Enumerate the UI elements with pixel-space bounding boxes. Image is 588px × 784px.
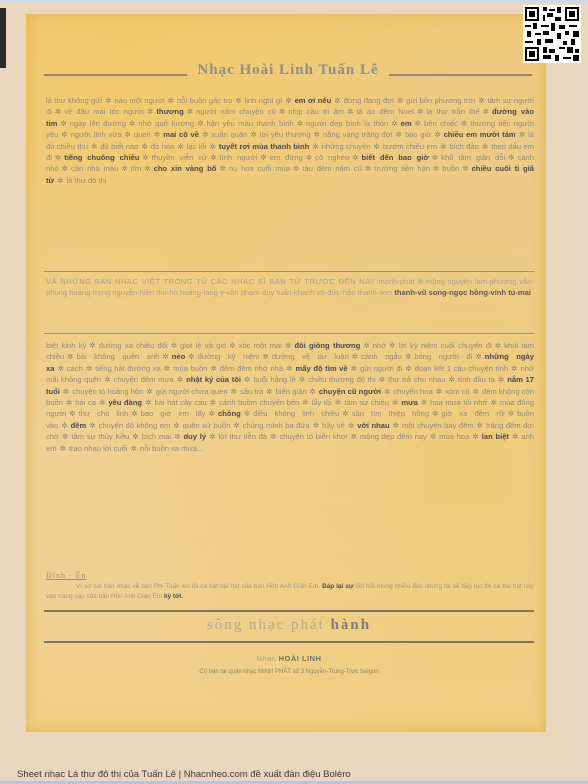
artist-name: tuấn-khanh	[277, 288, 317, 297]
song-title: nhật ký của tôi	[186, 375, 241, 384]
song-title: hãy về	[322, 421, 345, 430]
artist-name: mạnh-phát	[378, 277, 417, 286]
artist-name: nguyễn-hiền	[112, 288, 156, 297]
song-title: bao giờ	[405, 130, 431, 139]
star-separator-icon: ✲	[285, 341, 291, 350]
star-separator-icon: ✲	[475, 352, 481, 361]
star-separator-icon: ✲	[473, 387, 479, 396]
star-separator-icon: ✲	[519, 130, 525, 139]
song-title: chiều em mười tám	[444, 130, 516, 139]
star-separator-icon: ✲	[89, 421, 95, 430]
star-separator-icon: ✲	[233, 421, 239, 430]
star-separator-icon: ✲	[86, 364, 92, 373]
star-separator-icon: ✲	[55, 107, 61, 116]
star-separator-icon: ✲	[262, 352, 268, 361]
song-title: mấy độ tìm về	[296, 364, 348, 373]
star-separator-icon: ✲	[352, 352, 358, 361]
image-caption: Sheet nhạc Lá thư đô thị của Tuấn Lê | N…	[17, 769, 351, 780]
star-separator-icon: ✲	[260, 153, 266, 162]
star-separator-icon: ✲	[472, 432, 478, 441]
star-separator-icon: ✲	[396, 130, 402, 139]
star-separator-icon: ✲	[347, 107, 353, 116]
star-separator-icon: ✲	[310, 387, 316, 396]
star-separator-icon: ✲	[482, 142, 488, 151]
star-separator-icon: ✲	[171, 341, 177, 350]
song-title: khổ tâm giận dỗi	[441, 153, 505, 162]
song-title: sầu trả	[240, 387, 263, 396]
song-title: lá thư đô thị	[66, 176, 106, 185]
star-separator-icon: ✲	[145, 398, 151, 407]
star-separator-icon: ✲	[188, 352, 194, 361]
notice-heading: Đính - Ên	[46, 571, 87, 580]
star-separator-icon: ✲	[462, 164, 468, 173]
star-separator-icon: ✲	[490, 398, 496, 407]
song-title: bao giờ em lấy	[141, 409, 206, 418]
star-separator-icon: ✲	[209, 409, 215, 418]
star-separator-icon: ✲	[62, 164, 68, 173]
star-separator-icon: ✲	[405, 352, 411, 361]
artist-name: tú-mai	[508, 288, 531, 297]
song-title: bài hát cây cau	[154, 398, 206, 407]
star-separator-icon: ✲	[177, 142, 183, 151]
song-list-1: lá thư không gửi✲nào một người✲nỗi buồn …	[46, 95, 534, 186]
song-title: tiếng hát đường xa	[95, 364, 161, 373]
song-title: duy lý	[183, 432, 206, 441]
publisher-address: Có bán tại quán nhạc MINH PHÁT số 3 Nguy…	[44, 669, 534, 675]
song-title: lá thư trần thế	[426, 107, 479, 116]
song-title: dường về dư luận	[272, 352, 349, 361]
song-title: những chuyện	[322, 142, 371, 151]
star-separator-icon: ✲	[129, 119, 135, 128]
song-title: chồng	[218, 409, 241, 418]
star-separator-icon: ✲	[209, 142, 215, 151]
song-title: tà áo đêm Noel	[356, 107, 414, 116]
star-separator-icon: ✲	[293, 164, 299, 173]
star-separator-icon: ✲	[164, 364, 170, 373]
star-separator-icon: ✲	[461, 119, 467, 128]
song-title: gửi bốn phương trời	[406, 96, 475, 105]
song-title: tâm sự chiều	[344, 398, 389, 407]
song-title: nào một người	[114, 96, 164, 105]
star-separator-icon: ✲	[498, 375, 504, 384]
song-title: đừng đang đợi	[344, 96, 394, 105]
star-separator-icon: ✲	[174, 432, 180, 441]
artist-name: y-vân	[220, 288, 241, 297]
star-separator-icon: ✲	[60, 119, 66, 128]
song-title: lá thư không gửi	[46, 96, 102, 105]
star-separator-icon: ✲	[244, 375, 250, 384]
song-title: biển giận	[276, 387, 307, 396]
song-title: chuyến hoa	[393, 387, 432, 396]
song-title: cánh buồm chuyến bến	[219, 398, 299, 407]
artist-name: thanh-sơn	[358, 288, 395, 297]
star-separator-icon: ✲	[63, 387, 69, 396]
star-separator-icon: ✲	[433, 164, 439, 173]
star-separator-icon: ✲	[342, 409, 348, 418]
star-separator-icon: ✲	[436, 387, 442, 396]
star-separator-icon: ✲	[61, 130, 67, 139]
divider	[44, 74, 187, 76]
publisher-name: Nhạc HOÀI LINH	[44, 654, 534, 663]
song-title: nỗi buồn gác trọ	[177, 96, 232, 105]
song-title: người lính vừa	[71, 130, 122, 139]
song-title: lời kỳ niệm cuối chuyến đi	[399, 341, 492, 350]
song-title: em	[401, 119, 412, 128]
song-title: đò hoa	[151, 142, 175, 151]
artist-name: phạm-duy	[241, 288, 277, 297]
song-title: chiều thương đô thị	[308, 375, 375, 384]
star-separator-icon: ✲	[250, 130, 256, 139]
star-separator-icon: ✲	[229, 341, 235, 350]
star-separator-icon: ✲	[147, 107, 153, 116]
song-title: ngày lên đường	[70, 119, 126, 128]
song-title: thư trả cho nhau	[388, 375, 445, 384]
divider	[44, 333, 534, 334]
song-title: lấy tôi	[312, 398, 332, 407]
song-title: trường tiền hận	[374, 164, 430, 173]
song-title: đồ biết nào	[100, 142, 138, 151]
song-title: bóng người đi	[414, 352, 472, 361]
song-title: tím	[131, 164, 142, 173]
star-separator-icon: ✲	[449, 375, 455, 384]
star-separator-icon: ✲	[421, 398, 427, 407]
divider	[44, 271, 534, 272]
star-separator-icon: ✲	[302, 398, 308, 407]
star-separator-icon: ✲	[154, 130, 160, 139]
notice-body: Vì sơ sót bản nhạc về bản Phi-Tuấn xin l…	[46, 582, 534, 602]
song-title: tiếng chuông chiều	[64, 153, 139, 162]
song-title: gửi người chưa quen	[156, 387, 228, 396]
song-title: giọt lệ và gió	[180, 341, 226, 350]
song-title: nắng vàng trăng đợi	[323, 130, 393, 139]
star-separator-icon: ✲	[379, 375, 385, 384]
song-title: đôi giòng thương	[294, 341, 360, 350]
song-title: tuyết rơi mùa thanh bình	[219, 142, 309, 151]
song-title: nhịp cầu tri âm	[288, 107, 344, 116]
song-title: lạc lối	[187, 142, 207, 151]
song-title: đoạn kết 1 câu chuyện tình	[415, 364, 509, 373]
star-separator-icon: ✲	[286, 364, 292, 373]
song-title: lan biệt	[482, 432, 509, 441]
artist-name: hồng-vinh	[469, 288, 508, 297]
song-title: thư cho linh	[79, 409, 129, 418]
star-separator-icon: ✲	[209, 432, 215, 441]
song-title: mưa	[401, 398, 417, 407]
star-separator-icon: ✲	[177, 375, 183, 384]
star-separator-icon: ✲	[144, 164, 150, 173]
song-title: xóm cũ	[445, 387, 470, 396]
star-separator-icon: ✲	[121, 164, 127, 173]
star-separator-icon: ✲	[299, 375, 305, 384]
song-title: yêu đàng	[108, 398, 142, 407]
star-separator-icon: ✲	[391, 119, 397, 128]
star-separator-icon: ✲	[219, 164, 225, 173]
star-separator-icon: ✲	[141, 142, 147, 151]
song-title: nẻo	[172, 352, 186, 361]
star-separator-icon: ✲	[415, 119, 421, 128]
star-separator-icon: ✲	[365, 164, 371, 173]
divider	[44, 641, 534, 643]
star-separator-icon: ✲	[393, 421, 399, 430]
star-separator-icon: ✲	[312, 142, 318, 151]
song-title: bên chiếc	[424, 119, 458, 128]
song-title: sầu tím thiệp hồng	[352, 409, 429, 418]
star-separator-icon: ✲	[348, 421, 354, 430]
song-title: bích đào	[449, 142, 478, 151]
star-separator-icon: ✲	[430, 432, 436, 441]
song-title: trao nhau lời cuối	[69, 444, 128, 453]
star-separator-icon: ✲	[432, 153, 438, 162]
artist-name: hoàng-lang	[180, 288, 220, 297]
song-title: chuyện đêm mưa	[114, 375, 174, 384]
star-separator-icon: ✲	[57, 364, 63, 373]
artist-name: hoàng-trọng	[69, 288, 112, 297]
star-separator-icon: ✲	[508, 153, 514, 162]
star-separator-icon: ✲	[235, 96, 241, 105]
song-title: chuyện tỏ biển khơi	[279, 432, 347, 441]
song-title: lời thư tiễn đà	[218, 432, 267, 441]
song-title: mùa hoa	[439, 432, 469, 441]
star-separator-icon: ✲	[508, 409, 514, 418]
song-title: cô nghèo	[315, 153, 349, 162]
star-separator-icon: ✲	[434, 130, 440, 139]
star-separator-icon: ✲	[266, 387, 272, 396]
song-title: đêm đêm nhớ nhà	[220, 364, 283, 373]
song-title: quên xứ buồn	[183, 421, 231, 430]
star-separator-icon: ✲	[187, 107, 193, 116]
song-title: chuyện tỏ hoàng hôn	[72, 387, 143, 396]
song-title: xuân quân	[211, 130, 247, 139]
song-title: nhớ	[373, 341, 386, 350]
star-separator-icon: ✲	[210, 153, 216, 162]
song-title: giờ xa đêm rồi	[441, 409, 504, 418]
song-title: chuyện đô không em	[99, 421, 171, 430]
song-list-2: biệt kinh kỳ✲đường xa chiều đổi✲giọt lệ …	[46, 340, 534, 454]
song-title: người đẹp bình la thôn	[306, 119, 388, 128]
star-separator-icon: ✲	[55, 153, 61, 162]
star-separator-icon: ✲	[417, 107, 423, 116]
song-title: bướm chiều em	[383, 142, 437, 151]
song-title: biệt kinh kỳ	[46, 341, 86, 350]
song-title: hoa mưa tôi nhớ	[430, 398, 487, 407]
song-title: đường xa chiều đổi	[99, 341, 168, 350]
song-title: bài ca	[75, 398, 96, 407]
song-title: tình người	[220, 153, 258, 162]
star-separator-icon: ✲	[146, 387, 152, 396]
song-title: cách	[67, 364, 83, 373]
star-separator-icon: ✲	[168, 96, 174, 105]
star-separator-icon: ✲	[351, 364, 357, 373]
star-separator-icon: ✲	[142, 153, 148, 162]
star-separator-icon: ✲	[131, 444, 137, 453]
page-title: Nhạc Hoài Linh Tuấn Lê	[197, 62, 378, 79]
star-separator-icon: ✲	[66, 398, 72, 407]
star-separator-icon: ✲	[392, 398, 398, 407]
star-separator-icon: ✲	[57, 176, 63, 185]
artist-name: song-ngọc	[429, 288, 470, 297]
song-title: mộng đẹp đêm nay	[360, 432, 427, 441]
divider	[44, 610, 534, 612]
star-separator-icon: ✲	[432, 409, 438, 418]
song-title: lời yêu thương	[260, 130, 311, 139]
star-separator-icon: ✲	[231, 387, 237, 396]
artists-list: Và những bản nhạc việt trong tủ các nhạc…	[46, 276, 534, 299]
star-separator-icon: ✲	[363, 341, 369, 350]
song-title: xóc một mai	[239, 341, 282, 350]
star-separator-icon: ✲	[440, 142, 446, 151]
song-title: chúng mình ba đứa	[243, 421, 310, 430]
song-title: tâm sự thủy kiều	[71, 432, 129, 441]
song-title: bài không quên anh	[77, 352, 160, 361]
star-separator-icon: ✲	[62, 432, 68, 441]
song-title: em ơi nếu	[295, 96, 332, 105]
star-separator-icon: ✲	[67, 352, 73, 361]
artist-name: thanh-vũ	[394, 288, 428, 297]
song-title: thuyền viễn xứ	[152, 153, 207, 162]
star-separator-icon: ✲	[210, 364, 216, 373]
artists-heading: Và những bản nhạc việt trong tủ các nhạc…	[46, 277, 376, 286]
song-title: buổi hằng lê	[253, 375, 296, 384]
star-separator-icon: ✲	[306, 153, 312, 162]
star-separator-icon: ✲	[478, 96, 484, 105]
star-separator-icon: ✲	[99, 398, 105, 407]
star-separator-icon: ✲	[131, 409, 137, 418]
song-title: điều không linh chiều	[253, 409, 339, 418]
song-title: một chuyến bay đêm	[402, 421, 474, 430]
song-title: chuyện cũ người	[319, 387, 381, 396]
star-separator-icon: ✲	[477, 421, 483, 430]
star-separator-icon: ✲	[104, 375, 110, 384]
song-title: mùa buồn	[173, 364, 207, 373]
song-title: tàu đêm năm cũ	[302, 164, 362, 173]
star-separator-icon: ✲	[162, 352, 168, 361]
song-title: quen	[134, 130, 151, 139]
song-title: đường kỷ niệm	[198, 352, 260, 361]
star-separator-icon: ✲	[244, 409, 250, 418]
divider	[389, 74, 532, 76]
star-separator-icon: ✲	[483, 107, 489, 116]
song-title: cho xin vàng bố	[154, 164, 217, 173]
star-separator-icon: ✲	[397, 96, 403, 105]
star-separator-icon: ✲	[197, 119, 203, 128]
song-title: hận yêu màu thanh bình	[206, 119, 293, 128]
song-title: nụ hoa cuối mùa	[229, 164, 290, 173]
star-separator-icon: ✲	[351, 432, 357, 441]
star-separator-icon: ✲	[389, 341, 395, 350]
star-separator-icon: ✲	[91, 142, 97, 151]
song-title: gửi người đi	[360, 364, 402, 373]
song-title: tình đầu ta	[458, 375, 495, 384]
star-separator-icon: ✲	[105, 96, 111, 105]
star-separator-icon: ✲	[202, 130, 208, 139]
song-title: em đừng	[270, 153, 303, 162]
star-separator-icon: ✲	[511, 364, 517, 373]
star-separator-icon: ✲	[374, 142, 380, 151]
star-separator-icon: ✲	[279, 107, 285, 116]
star-separator-icon: ✲	[384, 387, 390, 396]
star-separator-icon: ✲	[495, 341, 501, 350]
scan-edge	[0, 8, 6, 68]
star-separator-icon: ✲	[210, 398, 216, 407]
star-separator-icon: ✲	[405, 364, 411, 373]
star-separator-icon: ✲	[314, 130, 320, 139]
artist-name: thu-hồ	[156, 288, 180, 297]
star-separator-icon: ✲	[297, 119, 303, 128]
song-title: với nhau	[357, 421, 389, 430]
header: Nhạc Hoài Linh Tuấn Lê	[44, 56, 532, 84]
song-title: cánh ngẫu	[361, 352, 402, 361]
song-title: mai cô về	[163, 130, 199, 139]
star-separator-icon: ✲	[352, 153, 358, 162]
star-separator-icon: ✲	[61, 421, 67, 430]
star-separator-icon: ✲	[335, 398, 341, 407]
qr-code-icon[interactable]	[523, 5, 581, 63]
publisher-line: sông nhạc phát hành	[44, 617, 534, 634]
artist-name: lê-mộng-nguyên	[417, 277, 475, 286]
song-title: nỗi buồn xa mưa...	[140, 444, 203, 453]
star-separator-icon: ✲	[69, 409, 75, 418]
star-separator-icon: ✲	[89, 341, 95, 350]
song-title: người năm chuyện cũ	[196, 107, 276, 116]
star-separator-icon: ✲	[270, 432, 276, 441]
song-title: nhớ quê hương	[138, 119, 194, 128]
star-separator-icon: ✲	[173, 421, 179, 430]
star-separator-icon: ✲	[132, 432, 138, 441]
star-separator-icon: ✲	[125, 130, 131, 139]
star-separator-icon: ✲	[285, 96, 291, 105]
star-separator-icon: ✲	[313, 421, 319, 430]
song-title: căn nhà màu	[71, 164, 118, 173]
window-top-bar	[0, 0, 588, 3]
song-title: về đâu mái tóc người	[64, 107, 144, 116]
artist-name: võ-đức-hảo	[317, 288, 358, 297]
song-title: bích mai	[142, 432, 171, 441]
star-separator-icon: ✲	[334, 96, 340, 105]
song-title: đêm	[71, 421, 87, 430]
song-title: linh nghĩ gì	[245, 96, 283, 105]
star-separator-icon: ✲	[512, 432, 518, 441]
song-title: buồn	[442, 164, 459, 173]
song-title: biết đến bao giờ	[362, 153, 429, 162]
artist-name: lam-phương	[475, 277, 519, 286]
star-separator-icon: ✲	[60, 444, 66, 453]
song-title: thương	[156, 107, 183, 116]
